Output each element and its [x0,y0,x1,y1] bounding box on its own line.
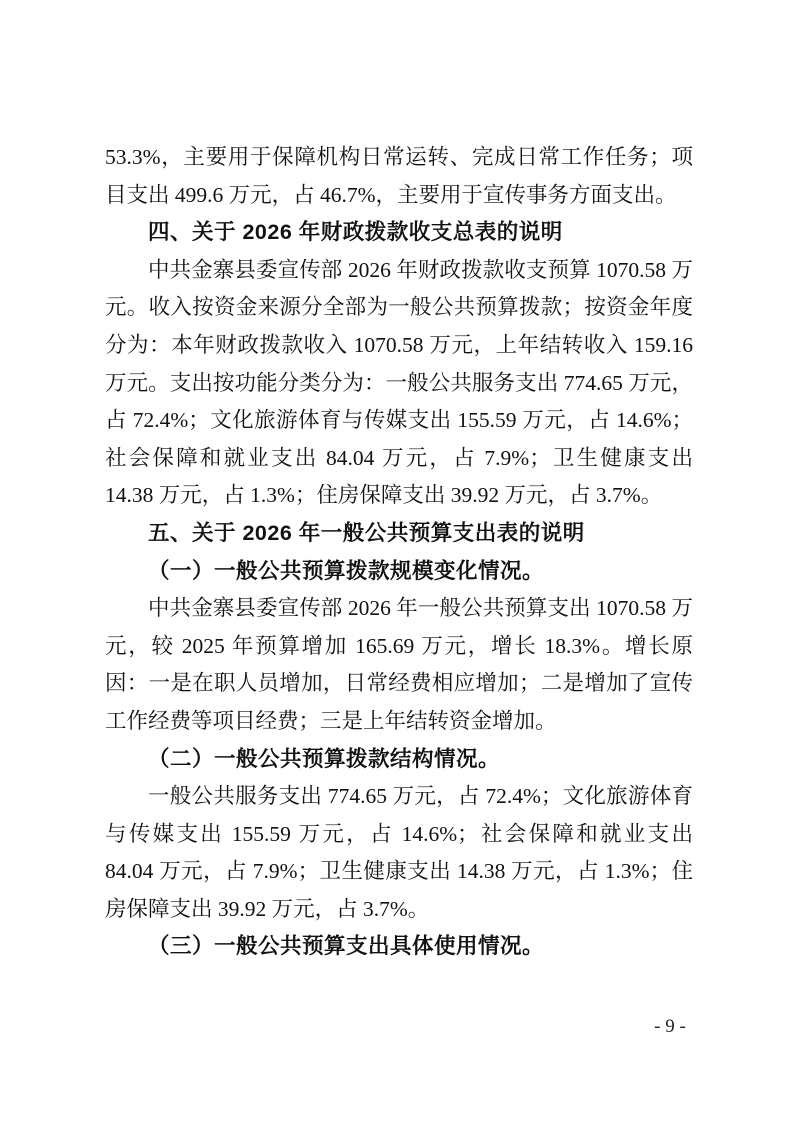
paragraph-basic-expenditure-continuation: 53.3%，主要用于保障机构日常运转、完成日常工作任务；项目支出 499.6 万… [105,139,693,214]
paragraph-fiscal-appropriation-details: 中共金寨县委宣传部 2026 年财政拨款收支预算 1070.58 万元。收入按资… [105,252,693,515]
paragraph-budget-scale-change-details: 中共金寨县委宣传部 2026 年一般公共预算支出 1070.58 万元，较 20… [105,590,693,740]
sub-heading-2-appropriation-structure: （二）一般公共预算拨款结构情况。 [105,741,693,779]
document-body: 53.3%，主要用于保障机构日常运转、完成日常工作任务；项目支出 499.6 万… [105,139,693,966]
sub-heading-1-budget-scale-change: （一）一般公共预算拨款规模变化情况。 [105,553,693,591]
sub-heading-3-specific-usage: （三）一般公共预算支出具体使用情况。 [105,928,693,966]
section-heading-5-general-public-budget-expenditure: 五、关于 2026 年一般公共预算支出表的说明 [105,515,693,553]
document-page: 53.3%，主要用于保障机构日常运转、完成日常工作任务；项目支出 499.6 万… [0,0,793,1122]
page-number: - 9 - [640,1013,700,1041]
paragraph-appropriation-structure-details: 一般公共服务支出 774.65 万元，占 72.4%；文化旅游体育与传媒支出 1… [105,778,693,928]
section-heading-4-fiscal-appropriation-summary: 四、关于 2026 年财政拨款收支总表的说明 [105,214,693,252]
